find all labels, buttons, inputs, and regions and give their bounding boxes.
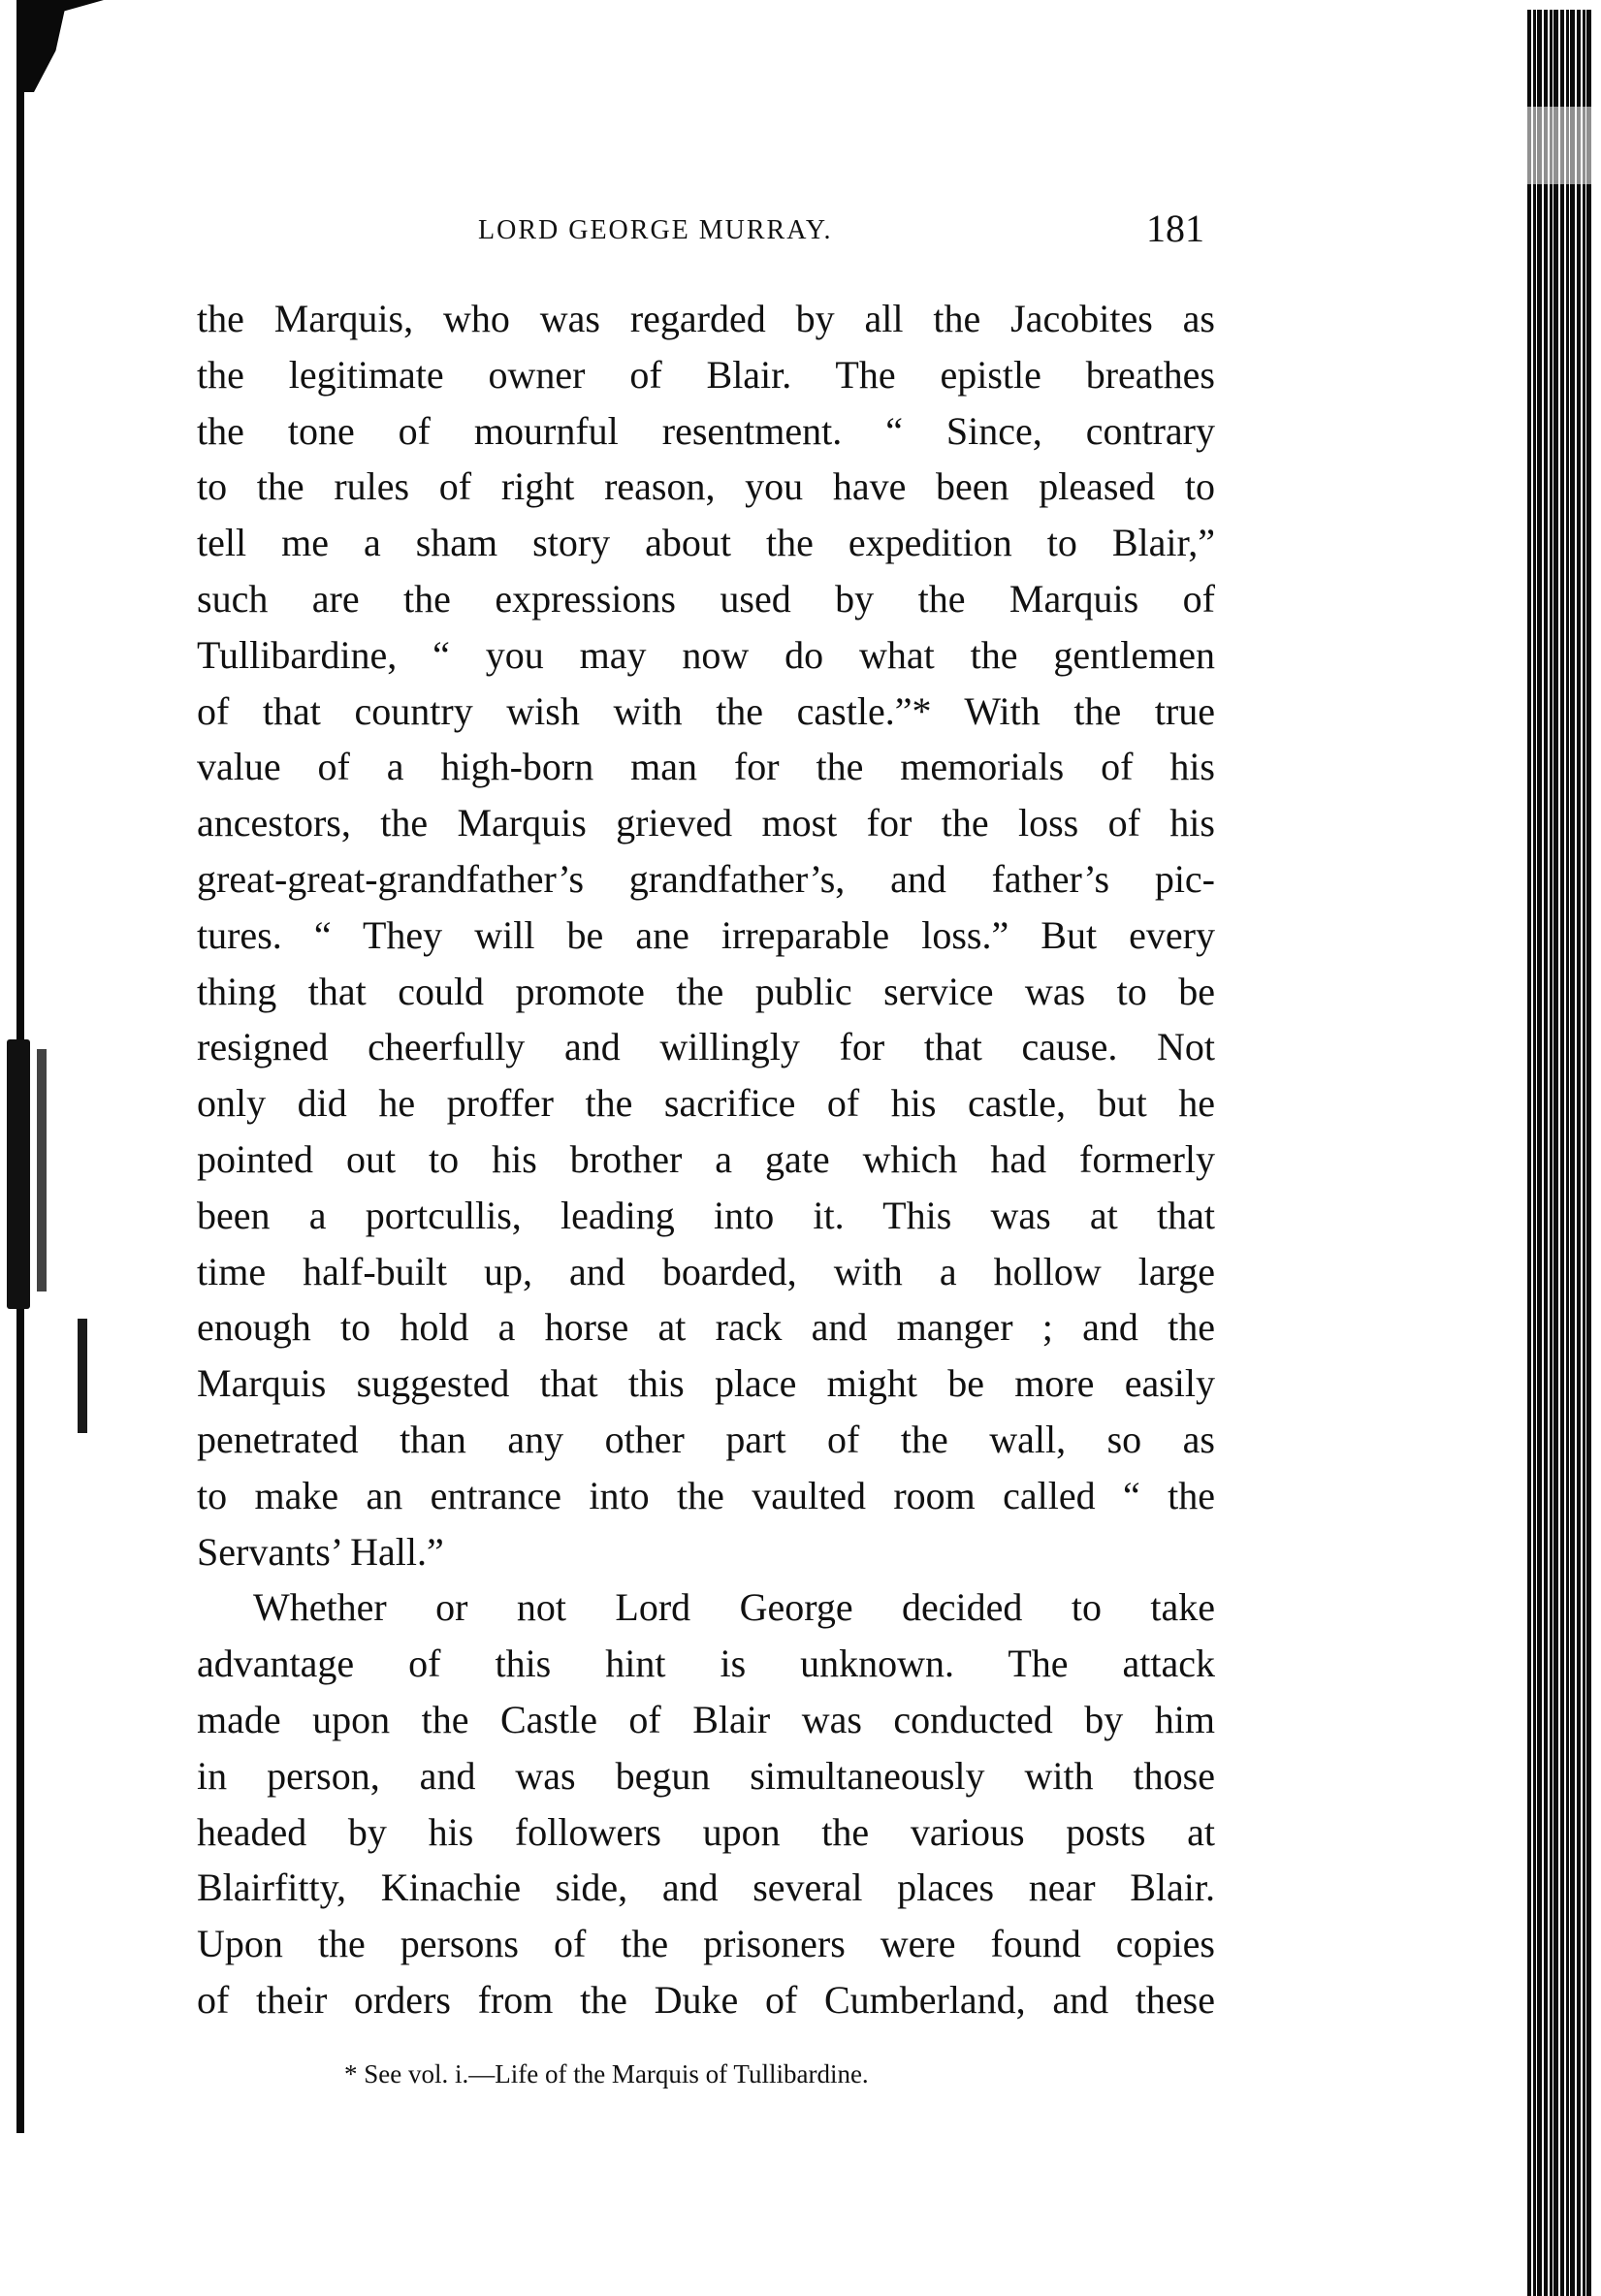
text-line: been a portcullis, leading into it. This… — [197, 1188, 1215, 1244]
text-line: Tullibardine, “ you may now do what the … — [197, 627, 1215, 684]
scan-smudge-mark — [37, 1049, 47, 1291]
text-line: of that country wish with the castle.”* … — [197, 684, 1215, 740]
text-line: only did he proffer the sacrifice of his… — [197, 1075, 1215, 1132]
text-line: of their orders from the Duke of Cumberl… — [197, 1972, 1215, 2028]
text-line: the Marquis, who was regarded by all the… — [197, 291, 1215, 347]
text-line: in person, and was begun simultaneously … — [197, 1748, 1215, 1804]
text-line: tell me a sham story about the expeditio… — [197, 515, 1215, 571]
text-line: time half-built up, and boarded, with a … — [197, 1244, 1215, 1300]
text-line: Upon the persons of the prisoners were f… — [197, 1916, 1215, 1972]
text-line: such are the expressions used by the Mar… — [197, 571, 1215, 627]
text-line: to the rules of right reason, you have b… — [197, 459, 1215, 515]
text-line: advantage of this hint is unknown. The a… — [197, 1636, 1215, 1692]
text-line: Whether or not Lord George decided to ta… — [197, 1579, 1215, 1636]
footnote: * See vol. i.—Life of the Marquis of Tul… — [344, 2059, 869, 2089]
text-line: Marquis suggested that this place might … — [197, 1355, 1215, 1412]
text-line: thing that could promote the public serv… — [197, 964, 1215, 1020]
scan-page-edge-right — [1527, 10, 1591, 2296]
text-line: to make an entrance into the vaulted roo… — [197, 1468, 1215, 1524]
text-line: enough to hold a horse at rack and mange… — [197, 1299, 1215, 1355]
text-line: Servants’ Hall.” — [197, 1524, 1215, 1580]
body-text: the Marquis, who was regarded by all the… — [197, 291, 1215, 2028]
text-line: pointed out to his brother a gate which … — [197, 1132, 1215, 1188]
running-head: LORD GEORGE MURRAY. — [478, 215, 833, 246]
text-line: ancestors, the Marquis grieved most for … — [197, 795, 1215, 851]
scan-binding-edge-top — [16, 0, 104, 92]
paragraph-1: the Marquis, who was regarded by all the… — [197, 291, 1215, 1579]
page-number: 181 — [1146, 206, 1204, 251]
paragraph-2: Whether or not Lord George decided to ta… — [197, 1579, 1215, 2027]
text-line: the tone of mournful resentment. “ Since… — [197, 403, 1215, 460]
scan-page-edge-fade — [1527, 107, 1591, 184]
text-line: the legitimate owner of Blair. The epist… — [197, 347, 1215, 403]
text-line: headed by his followers upon the various… — [197, 1804, 1215, 1861]
text-line: tures. “ They will be ane irreparable lo… — [197, 908, 1215, 964]
text-line: Blairfitty, Kinachie side, and several p… — [197, 1860, 1215, 1916]
scan-smudge-mark — [7, 1039, 30, 1309]
scan-smudge-mark — [78, 1319, 87, 1433]
text-line: penetrated than any other part of the wa… — [197, 1412, 1215, 1468]
text-line: made upon the Castle of Blair was conduc… — [197, 1692, 1215, 1748]
text-line: value of a high-born man for the memoria… — [197, 739, 1215, 795]
text-line: great-great-grandfather’s grandfather’s,… — [197, 851, 1215, 908]
text-line: resigned cheerfully and willingly for th… — [197, 1019, 1215, 1075]
